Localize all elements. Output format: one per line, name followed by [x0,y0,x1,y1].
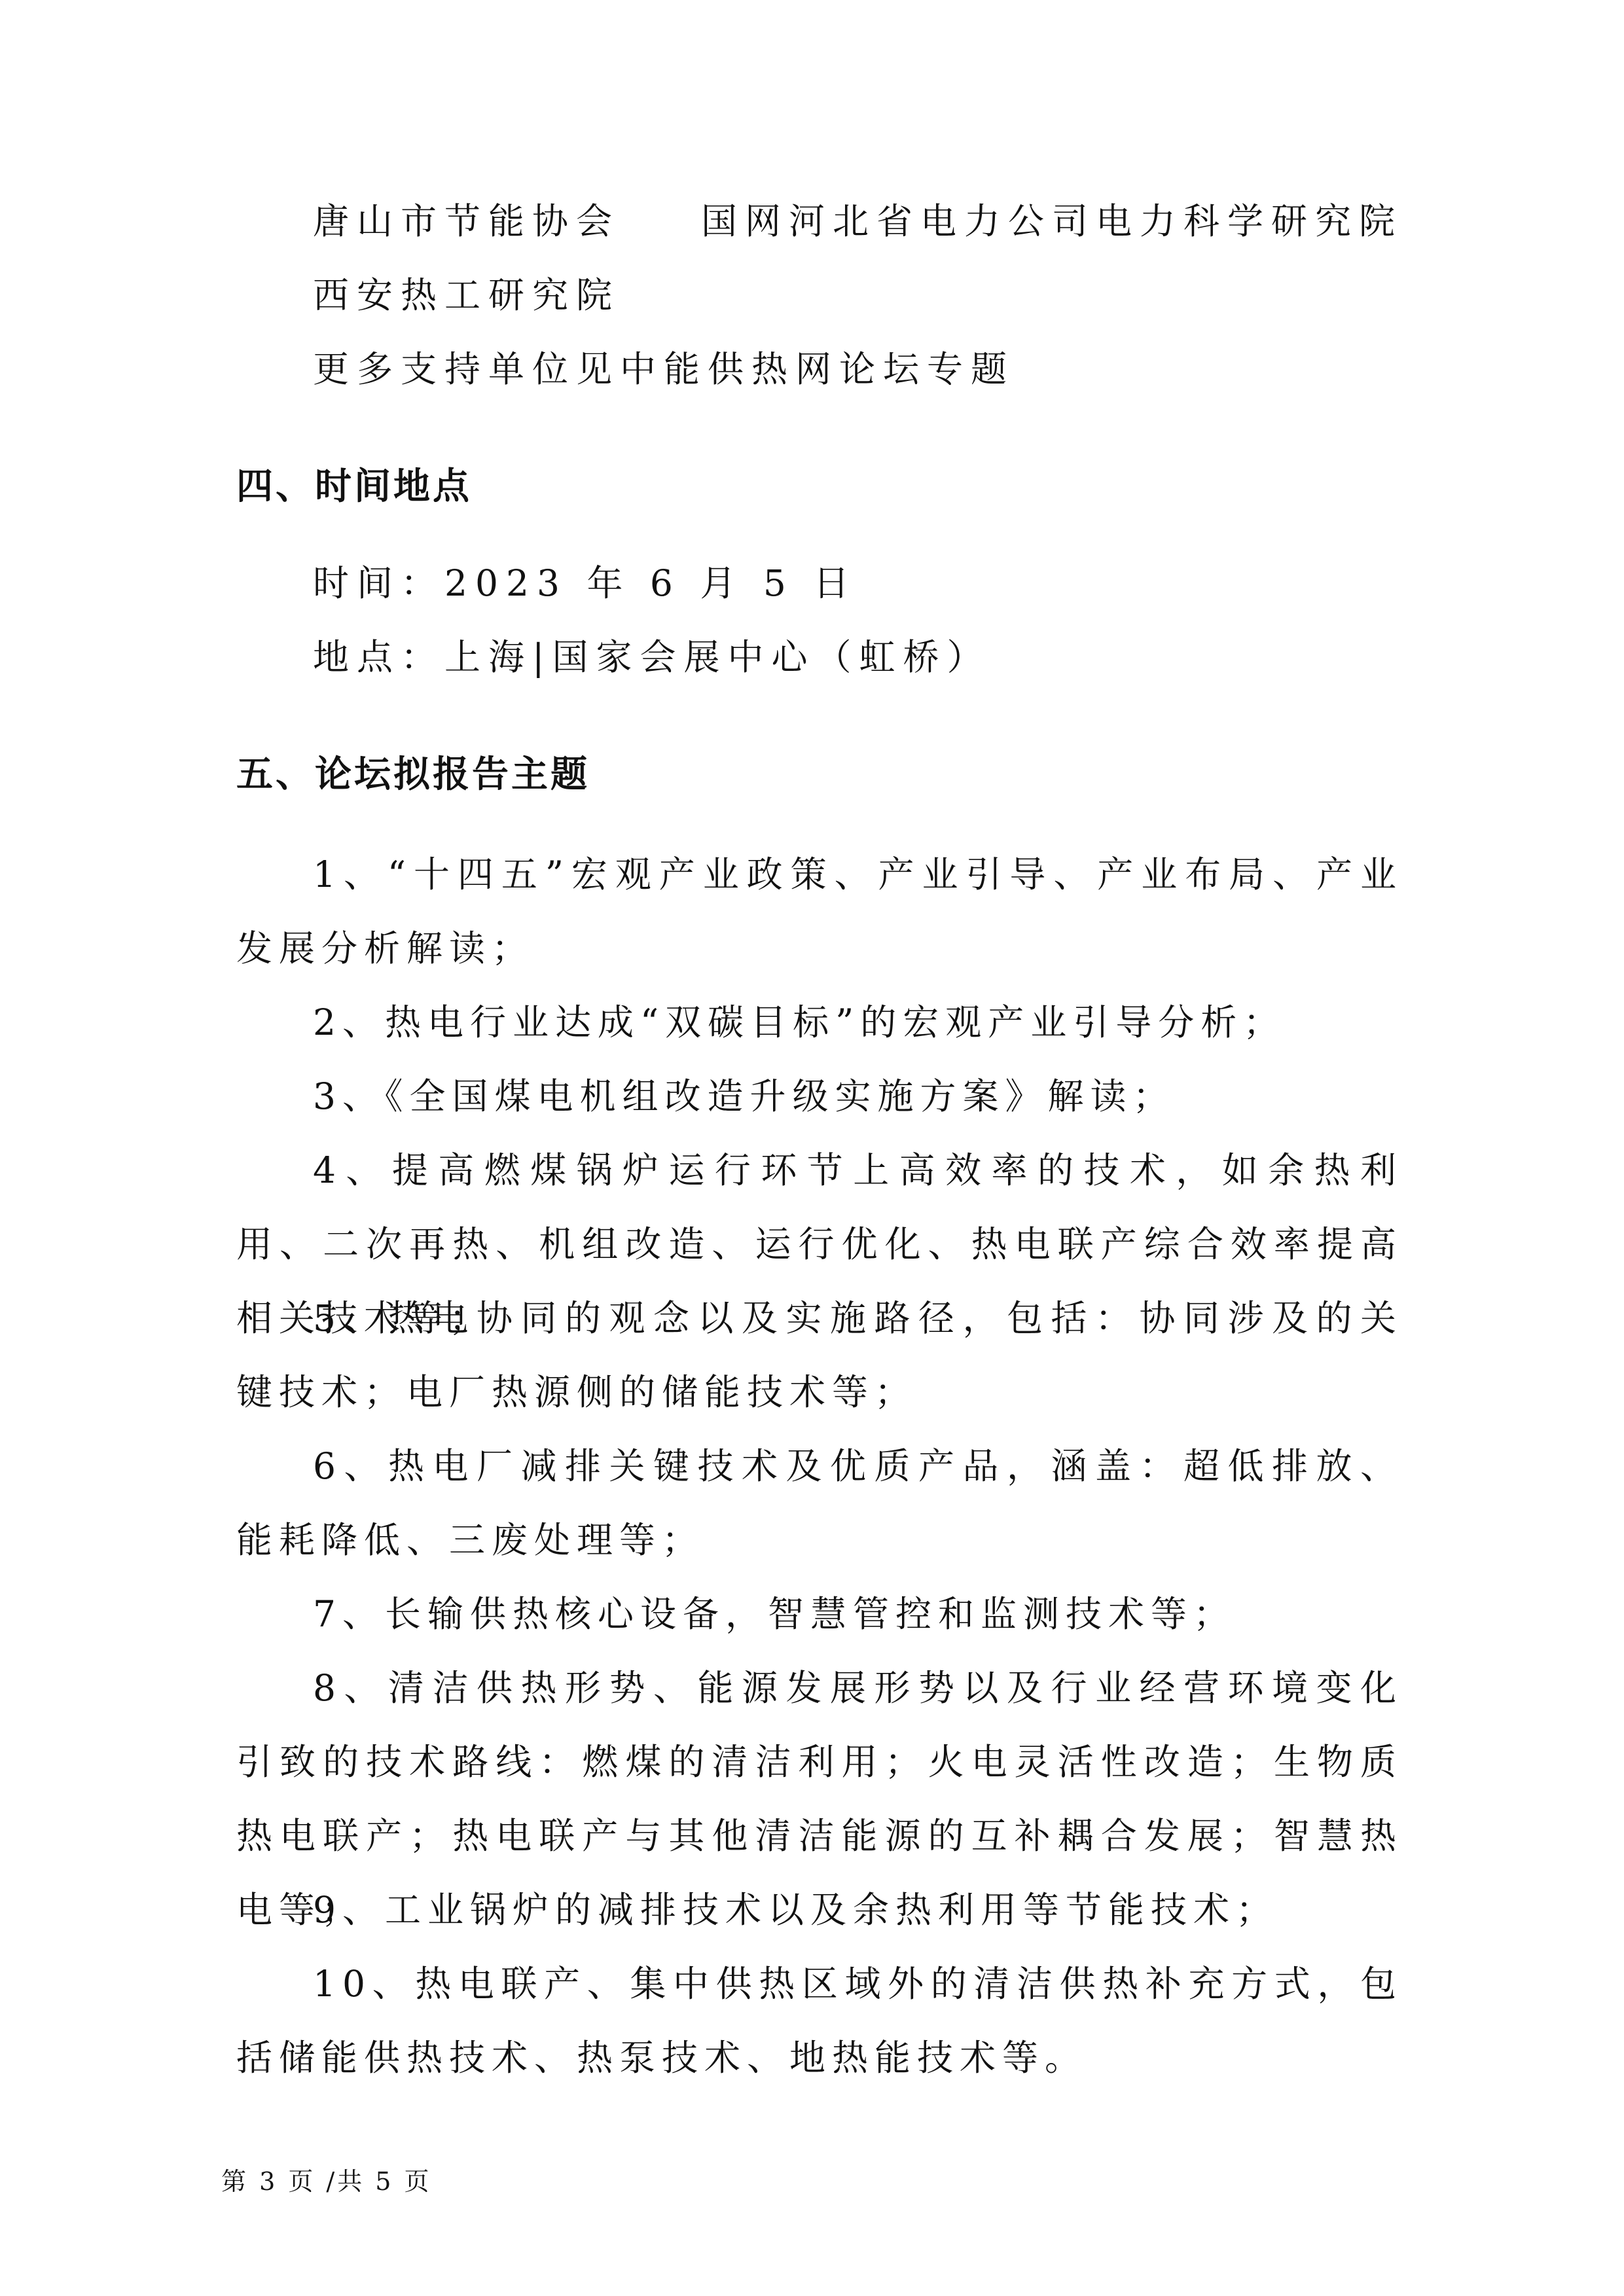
topic-item-7: 7、长输供热核心设备，智慧管控和监测技术等； [236,1577,1403,1651]
topic-item-1: 1、“十四五”宏观产业政策、产业引导、产业布局、产业发展分析解读； [236,838,1403,986]
topic-item-2: 2、热电行业达成“双碳目标”的宏观产业引导分析； [236,986,1403,1060]
supporter-more-link-text: 更多支持单位见中能供热网论坛专题 [313,343,1015,395]
topic-item-9: 9、工业锅炉的减排技术以及余热利用等节能技术； [236,1873,1403,1947]
supporter-hebei-electric: 国网河北省电力公司电力科学研究院 [701,195,1403,247]
page-number-footer: 第 3 页 /共 5 页 [221,2165,432,2198]
section-heading-topics: 五、论坛拟报告主题 [236,749,590,801]
supporter-xian-thermal: 西安热工研究院 [313,269,620,321]
topic-item-6: 6、热电厂减排关键技术及优质产品，涵盖：超低排放、能耗降低、三废处理等； [236,1429,1403,1577]
section-heading-time-location: 四、时间地点 [236,461,472,513]
document-page: 唐山市节能协会 国网河北省电力公司电力科学研究院 西安热工研究院 更多支持单位见… [0,0,1624,2296]
supporter-tangshan: 唐山市节能协会 [313,195,620,247]
event-time: 时间：2023 年 6 月 5 日 [313,557,857,609]
event-location: 地点：上海|国家会展中心（虹桥） [313,631,991,683]
topic-item-10: 10、热电联产、集中供热区域外的清洁供热补充方式，包括储能供热技术、热泵技术、地… [236,1947,1403,2095]
topic-item-3: 3、《全国煤电机组改造升级实施方案》解读； [236,1060,1403,1134]
topic-item-5: 5、热电协同的观念以及实施路径，包括：协同涉及的关键技术；电厂热源侧的储能技术等… [236,1282,1403,1429]
